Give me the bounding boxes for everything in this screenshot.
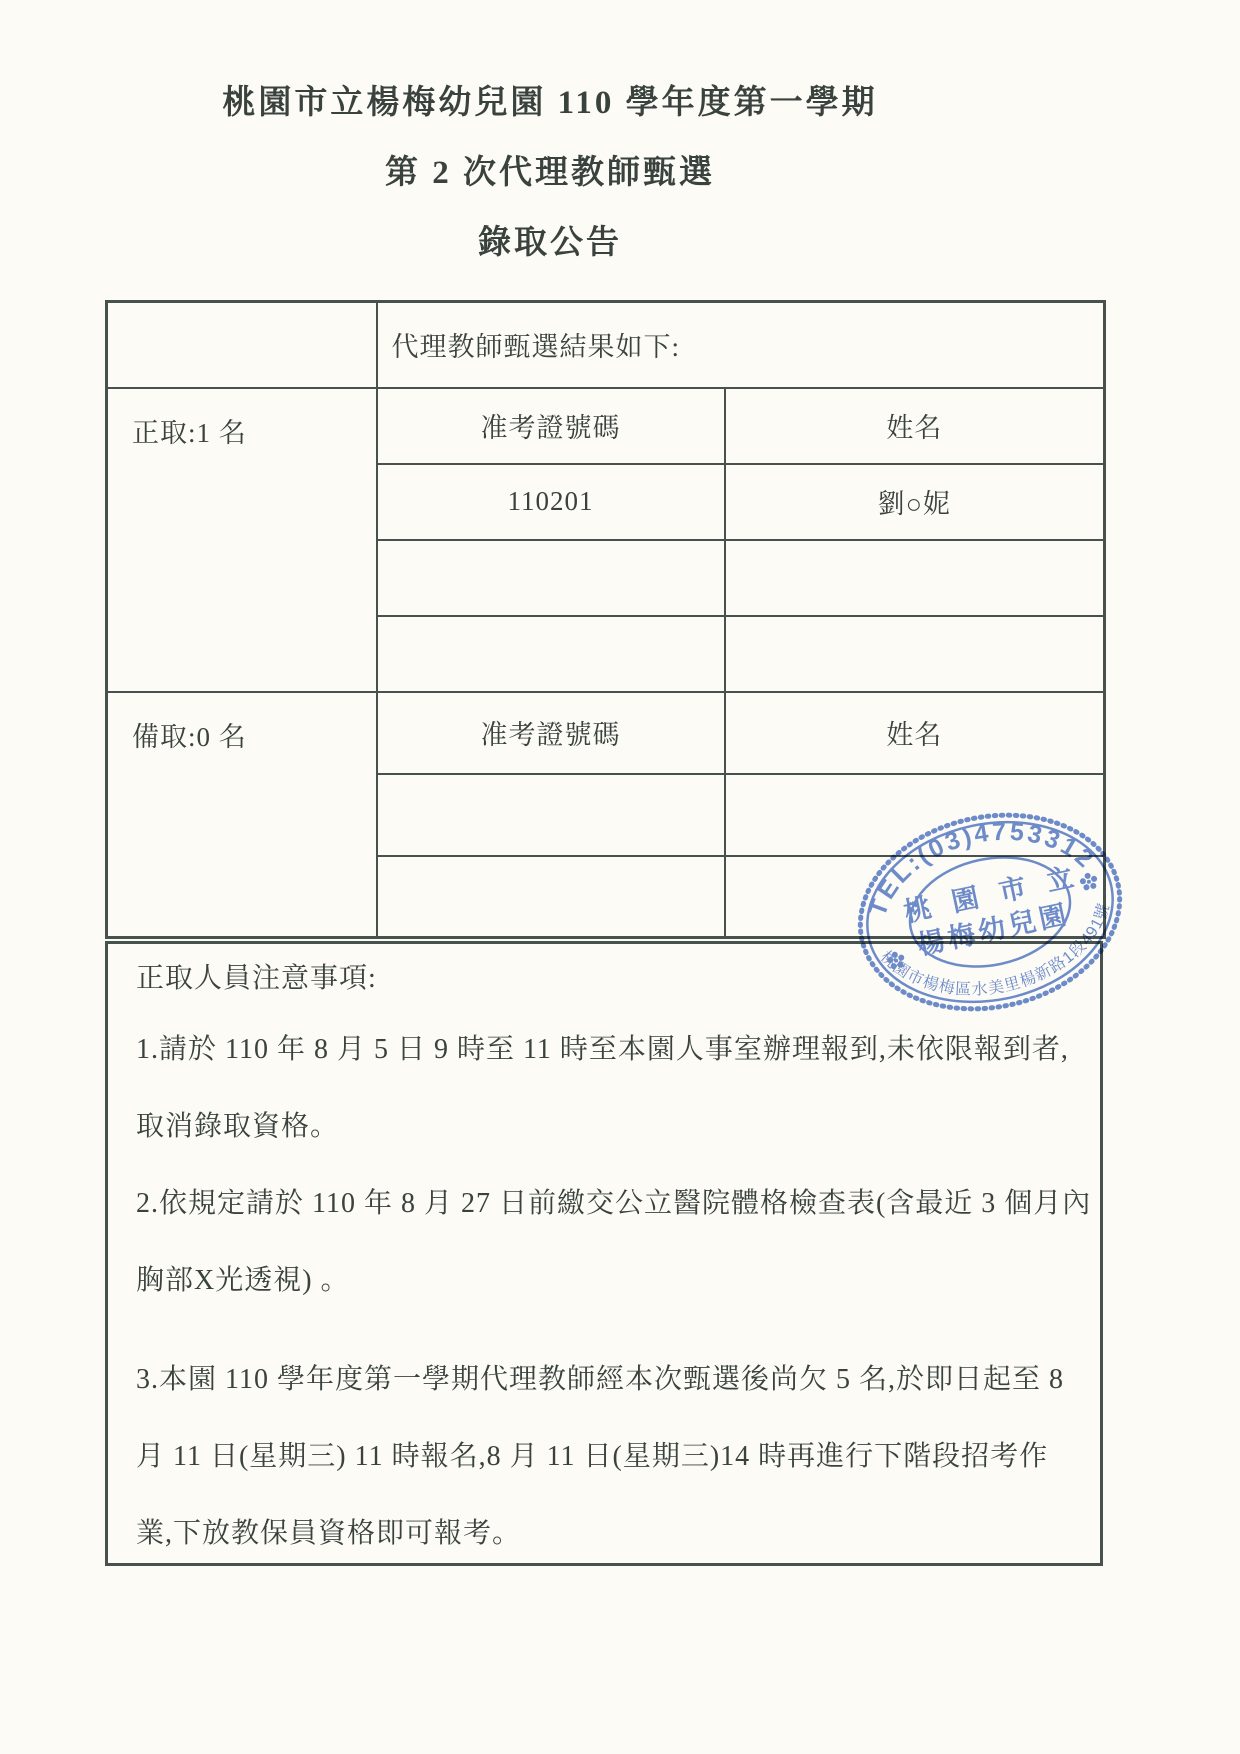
notes-box: 正取人員注意事項: 1.請於 110 年 8 月 5 日 9 時至 11 時至本… (105, 941, 1103, 1566)
announcement-document: 桃園市立楊梅幼兒園 110 學年度第一學期 第 2 次代理教師甄選 錄取公告 代… (0, 0, 1240, 1754)
document-title: 桃園市立楊梅幼兒園 110 學年度第一學期 第 2 次代理教師甄選 錄取公告 (0, 68, 1100, 278)
note-line-4: 胸部X光透視) 。 (136, 1239, 1090, 1316)
note-line-2: 取消錄取資格。 (136, 1085, 1090, 1162)
admitted-name-cell: 劉○妮 (725, 464, 1105, 540)
title-line-school-year: 桃園市立楊梅幼兒園 110 學年度第一學期 (0, 68, 1100, 138)
waitlist-ticket-cell (377, 856, 725, 938)
note-line-5: 3.本園 110 學年度第一學期代理教師經本次甄選後尚欠 5 名,於即日起至 8 (136, 1338, 1090, 1415)
title-line-selection-round: 第 2 次代理教師甄選 (0, 138, 1100, 208)
admitted-name-cell (725, 616, 1105, 692)
note-line-7: 業,下放教保員資格即可報考。 (136, 1492, 1090, 1569)
table-row-caption: 代理教師甄選結果如下: (107, 302, 1105, 388)
admitted-name-cell (725, 540, 1105, 616)
note-line-3: 2.依規定請於 110 年 8 月 27 日前繳交公立醫院體格檢查表(含最近 3… (136, 1162, 1090, 1239)
table-row-admitted-header: 正取:1 名 准考證號碼 姓名 (107, 388, 1105, 464)
admitted-label: 正取:1 名 (107, 388, 377, 692)
official-stamp: TEL:(03)4753312 桃園市楊梅區水美里楊新路1段491號 桃 園 市… (840, 800, 1140, 1030)
waitlist-label: 備取:0 名 (107, 692, 377, 938)
waitlist-ticket-cell (377, 774, 725, 856)
admitted-header-ticket: 准考證號碼 (377, 388, 725, 464)
admitted-ticket-cell (377, 540, 725, 616)
admitted-header-name: 姓名 (725, 388, 1105, 464)
empty-corner-cell (107, 302, 377, 388)
admitted-ticket-cell (377, 616, 725, 692)
table-row-waitlist-header: 備取:0 名 准考證號碼 姓名 (107, 692, 1105, 774)
results-caption: 代理教師甄選結果如下: (377, 302, 1105, 388)
title-line-announcement: 錄取公告 (0, 208, 1100, 278)
waitlist-header-ticket: 准考證號碼 (377, 692, 725, 774)
admitted-ticket-cell: 110201 (377, 464, 725, 540)
waitlist-header-name: 姓名 (725, 692, 1105, 774)
note-line-6: 月 11 日(星期三) 11 時報名,8 月 11 日(星期三)14 時再進行下… (136, 1415, 1090, 1492)
